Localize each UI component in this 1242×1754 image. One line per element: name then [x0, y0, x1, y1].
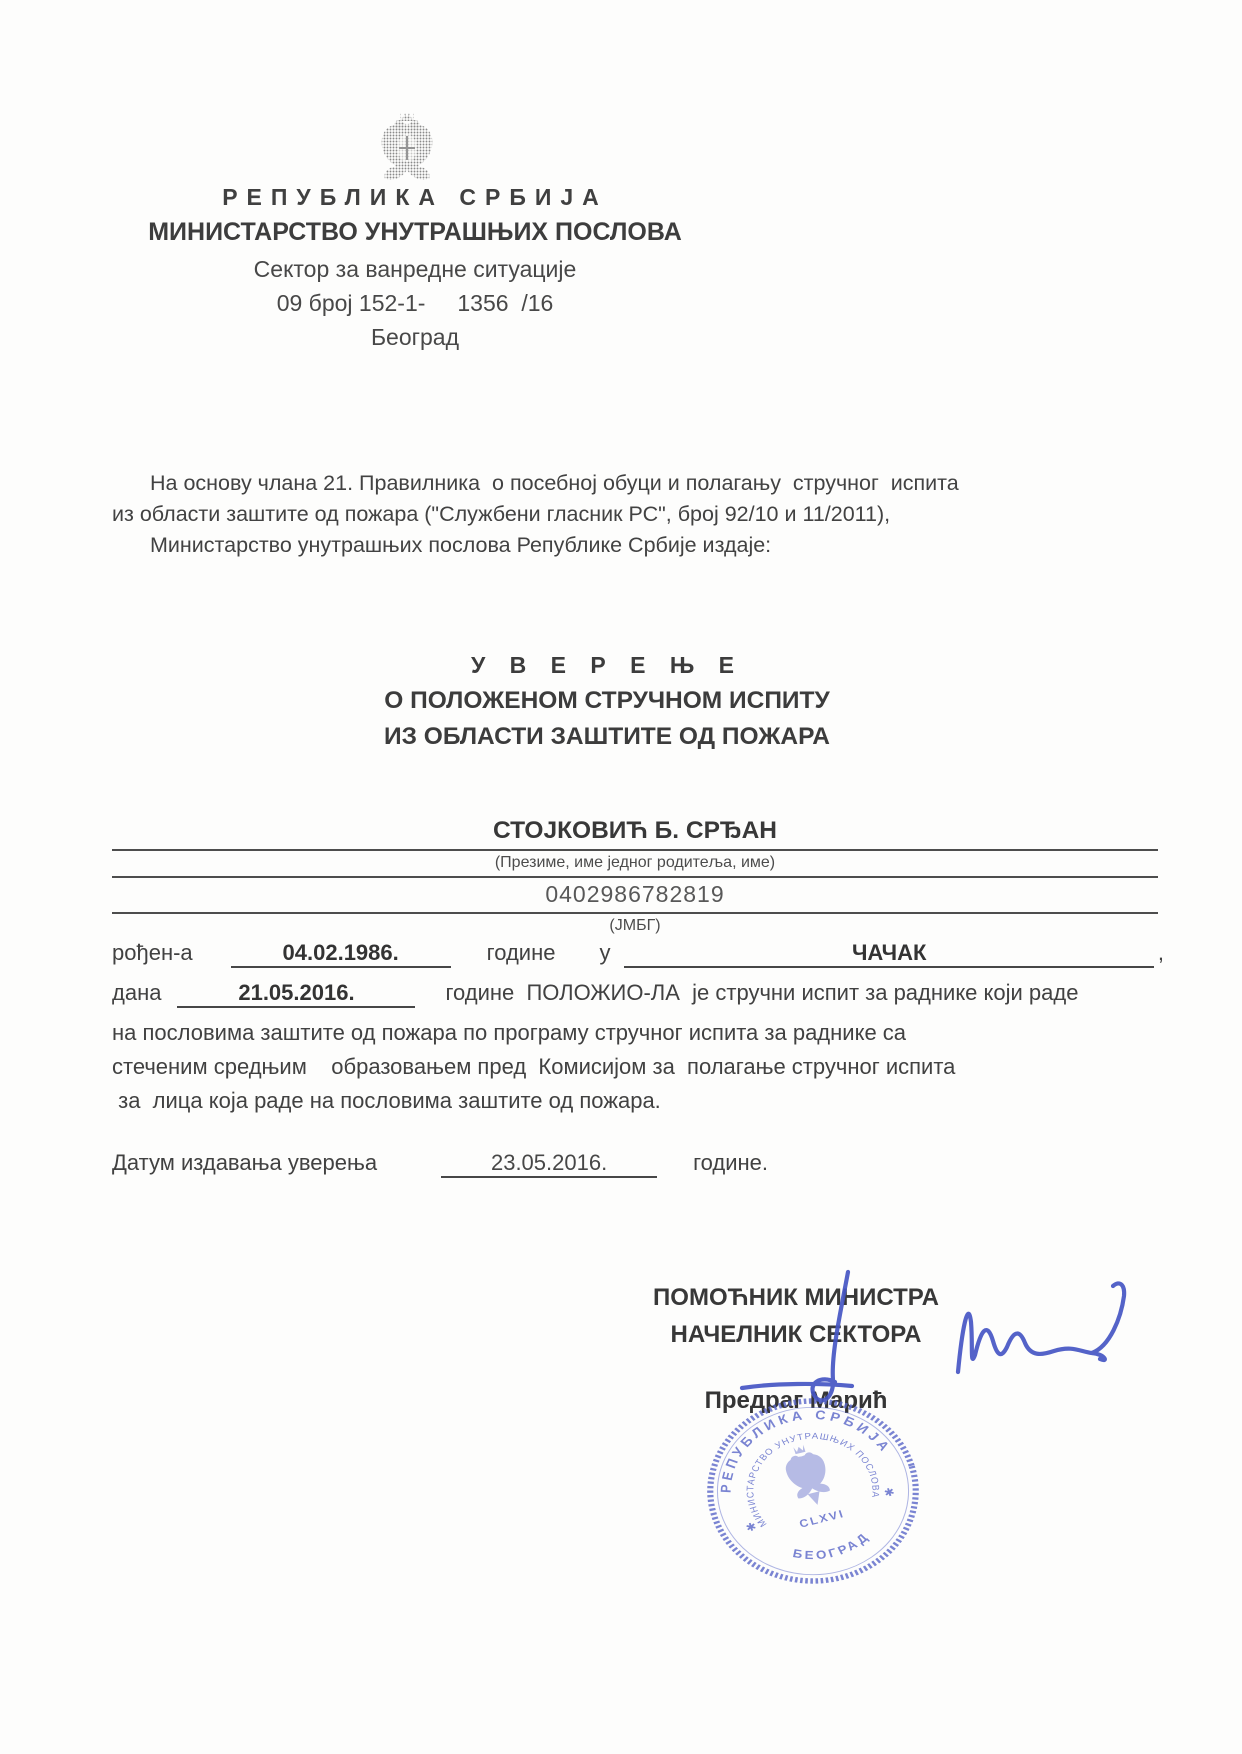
letterhead: РЕПУБЛИКА СРБИЈА МИНИСТАРСТВО УНУТРАШЊИХ… [100, 184, 730, 351]
body-line-3: на пословима заштите од пожара по програ… [112, 1016, 1164, 1050]
stamp-numeral: CLXVI [798, 1508, 846, 1530]
name-underline [112, 849, 1158, 851]
legal-basis-paragraph: На основу члана 21. Правилника о посебно… [112, 468, 1092, 561]
ministry-title: МИНИСТАРСТВО УНУТРАШЊИХ ПОСЛОВА [100, 218, 730, 247]
stamp-eagle-icon [779, 1441, 836, 1509]
godine-label: године [487, 936, 556, 970]
birth-place-field: ЧАЧАК [624, 940, 1153, 968]
jmbg-caption: (ЈМБГ) [112, 917, 1158, 935]
issue-date-label: Датум издавања уверења [112, 1150, 377, 1176]
jmbg-value: 0402986782819 [112, 881, 1158, 908]
body-line-4: стеченим средњим образовањем пред Комиси… [112, 1050, 1164, 1084]
stamp-bottom-text: БЕОГРАД [788, 1528, 876, 1569]
name-caption: (Презиме, име једног родитеља, име) [112, 854, 1158, 872]
stamp-right-star: ✱ [883, 1486, 897, 1499]
legal-basis-line-1: На основу члана 21. Правилника о посебно… [112, 468, 1092, 499]
issue-date-field: 23.05.2016. [441, 1150, 657, 1178]
born-label: рођен-а [112, 936, 193, 970]
comma-mark: , [1158, 936, 1164, 970]
city-line: Београд [100, 324, 730, 351]
certificate-page: РЕПУБЛИКА СРБИЈА МИНИСТАРСТВО УНУТРАШЊИХ… [0, 0, 1242, 1754]
birth-date-field: 04.02.1986. [231, 940, 451, 968]
svg-text:БЕОГРАД: БЕОГРАД [788, 1528, 876, 1569]
birth-row: рођен-а 04.02.1986. године у ЧАЧАК , [112, 936, 1164, 976]
republic-title: РЕПУБЛИКА СРБИЈА [100, 184, 730, 211]
document-title: У В Е Р Е Њ Е О ПОЛОЖЕНОМ СТРУЧНОМ ИСПИТ… [112, 652, 1102, 751]
jmbg-underline [112, 912, 1158, 914]
title-uverenje: У В Е Р Е Њ Е [112, 652, 1102, 679]
legal-basis-line-2: из области заштите од пожара ("Службени … [112, 499, 1092, 530]
body-line-5: за лица која раде на пословима заштите о… [112, 1084, 1164, 1118]
issue-date-row: Датум издавања уверења 23.05.2016. годин… [112, 1150, 1012, 1178]
coat-of-arms-emblem [374, 110, 440, 184]
dana-label: дана [112, 976, 161, 1010]
title-line-3: ИЗ ОБЛАСТИ ЗАШТИТЕ ОД ПОЖАРА [112, 723, 1102, 751]
case-number: 09 број 152-1- 1356 /16 [100, 290, 730, 317]
official-round-stamp: РЕПУБЛИКА СРБИЈА МИНИСТАРСТВО УНУТРАШЊИХ… [700, 1392, 926, 1590]
exam-row: дана 21.05.2016. године ПОЛОЖИО-ЛА је ст… [112, 976, 1164, 1016]
certificate-body: рођен-а 04.02.1986. године у ЧАЧАК , дан… [112, 936, 1164, 1118]
u-label: у [599, 936, 610, 970]
issue-date-suffix: године. [693, 1150, 768, 1176]
exam-row-text: године ПОЛОЖИО-ЛА је стручни испит за ра… [445, 976, 1078, 1010]
holder-name: СТОЈКОВИЋ Б. СРЂАН [112, 817, 1158, 845]
exam-date-field: 21.05.2016. [177, 980, 415, 1008]
legal-basis-line-3: Министарство унутрашњих послова Републик… [112, 530, 1092, 561]
divider-line [112, 876, 1158, 878]
title-line-2: О ПОЛОЖЕНОМ СТРУЧНОМ ИСПИТУ [112, 687, 1102, 715]
sector-line: Сектор за ванредне ситуације [100, 256, 730, 283]
holder-section: СТОЈКОВИЋ Б. СРЂАН (Презиме, име једног … [112, 817, 1158, 935]
